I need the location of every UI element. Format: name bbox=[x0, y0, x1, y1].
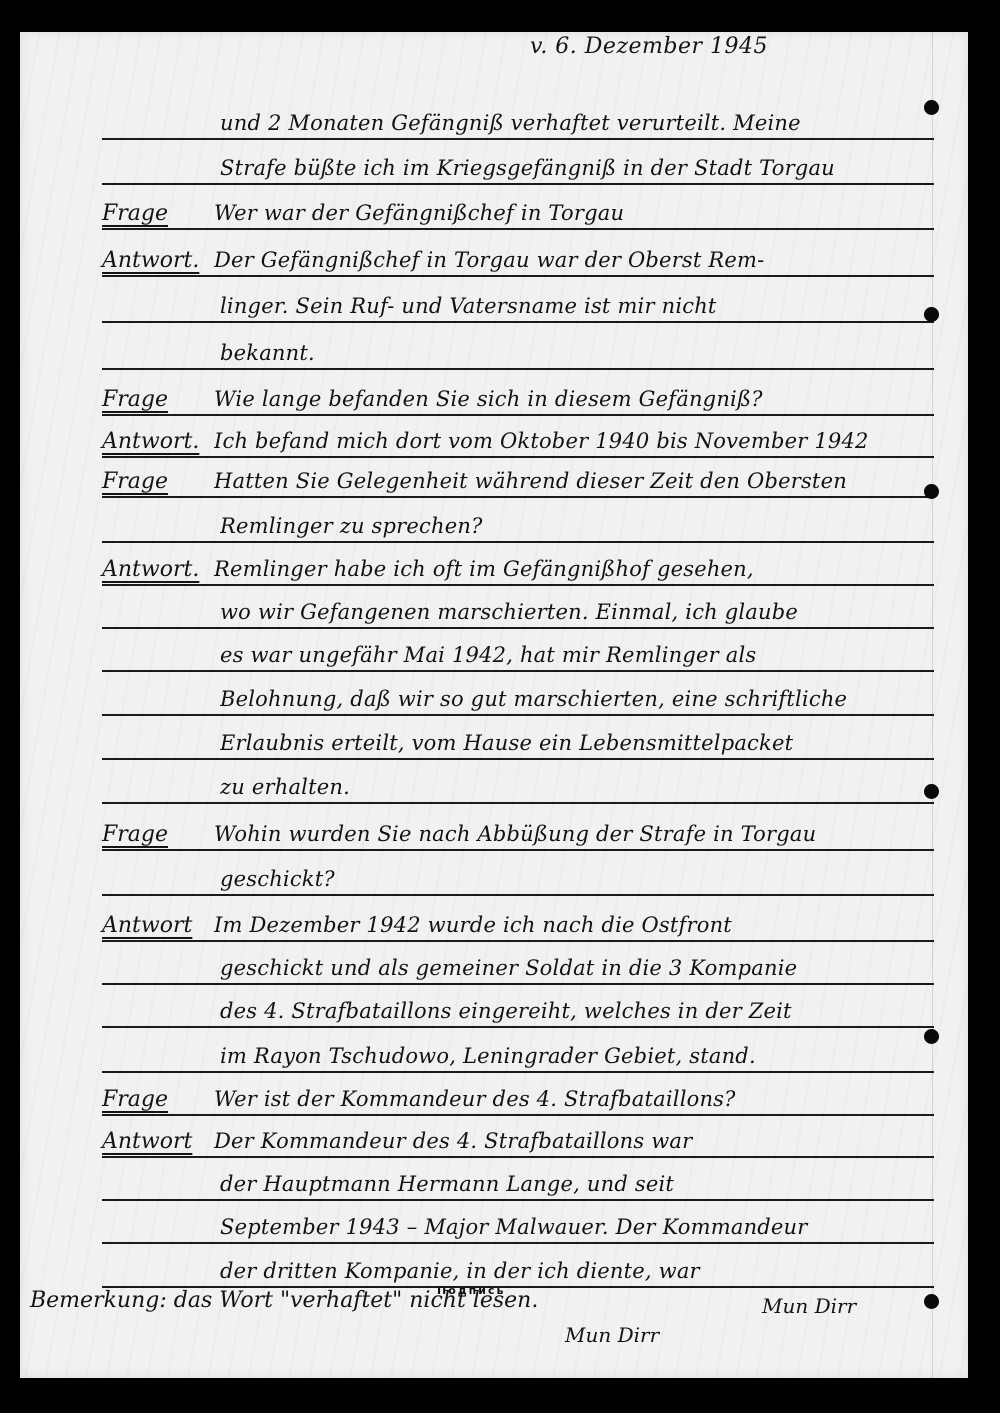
document-line: September 1943 – Major Malwauer. Der Kom… bbox=[102, 1196, 934, 1244]
document-page: v. 6. Dezember 1945 und 2 Monaten Gefäng… bbox=[20, 32, 968, 1378]
line-text: im Rayon Tschudowo, Leningrader Gebiet, … bbox=[220, 1044, 934, 1068]
document-line: wo wir Gefangenen marschierten. Einmal, … bbox=[102, 581, 934, 629]
signature-lower: Mun Dirr bbox=[565, 1323, 659, 1347]
punch-hole bbox=[924, 784, 939, 799]
document-line: des 4. Strafbataillons eingereiht, welch… bbox=[102, 980, 934, 1028]
signature-stamp-label: Подпись bbox=[437, 1284, 505, 1297]
line-text: Wer ist der Kommandeur des 4. Strafbatai… bbox=[214, 1087, 934, 1111]
document-line: und 2 Monaten Gefängniß verhaftet verurt… bbox=[102, 92, 934, 140]
signature-upper: Mun Dirr bbox=[762, 1294, 856, 1318]
line-text: der Hauptmann Hermann Lange, und seit bbox=[220, 1172, 934, 1196]
document-line: Belohnung, daß wir so gut marschierten, … bbox=[102, 668, 934, 716]
document-line: linger. Sein Ruf- und Vatersname ist mir… bbox=[102, 275, 934, 323]
document-line: zu erhalten. bbox=[102, 756, 934, 804]
line-text: es war ungefähr Mai 1942, hat mir Remlin… bbox=[220, 643, 934, 667]
document-line: FrageWie lange befanden Sie sich in dies… bbox=[102, 368, 934, 416]
line-text: und 2 Monaten Gefängniß verhaftet verurt… bbox=[220, 111, 934, 135]
line-text: Hatten Sie Gelegenheit während dieser Ze… bbox=[214, 469, 934, 493]
answer-label: Antwort. bbox=[102, 248, 199, 273]
answer-label: Antwort. bbox=[102, 557, 199, 582]
question-label: Frage bbox=[102, 1087, 168, 1112]
line-text: Der Kommandeur des 4. Strafbataillons wa… bbox=[214, 1129, 934, 1153]
question-label: Frage bbox=[102, 469, 168, 494]
question-label: Frage bbox=[102, 387, 168, 412]
line-text: September 1943 – Major Malwauer. Der Kom… bbox=[220, 1215, 934, 1239]
document-line: FrageWohin wurden Sie nach Abbüßung der … bbox=[102, 803, 934, 851]
document-line: AntwortDer Kommandeur des 4. Strafbatail… bbox=[102, 1110, 934, 1158]
document-line: AntwortIm Dezember 1942 wurde ich nach d… bbox=[102, 894, 934, 942]
line-text: geschickt und als gemeiner Soldat in die… bbox=[220, 956, 934, 980]
document-line: geschickt? bbox=[102, 848, 934, 896]
line-text: zu erhalten. bbox=[220, 775, 934, 799]
date-header: v. 6. Dezember 1945 bbox=[530, 34, 768, 59]
line-text: Wer war der Gefängnißchef in Torgau bbox=[214, 201, 934, 225]
answer-label: Antwort bbox=[102, 913, 192, 938]
line-text: geschickt? bbox=[220, 867, 934, 891]
document-line: bekannt. bbox=[102, 322, 934, 370]
punch-hole bbox=[924, 484, 939, 499]
document-line: Antwort.Remlinger habe ich oft im Gefäng… bbox=[102, 538, 934, 586]
line-text: Wie lange befanden Sie sich in diesem Ge… bbox=[214, 387, 934, 411]
line-text: Remlinger habe ich oft im Gefängnißhof g… bbox=[214, 557, 934, 581]
line-text: der dritten Kompanie, in der ich diente,… bbox=[220, 1259, 934, 1283]
line-text: Strafe büßte ich im Kriegsgefängniß in d… bbox=[220, 156, 934, 180]
line-text: Wohin wurden Sie nach Abbüßung der Straf… bbox=[214, 822, 934, 846]
document-line: Remlinger zu sprechen? bbox=[102, 495, 934, 543]
document-line: FrageWer ist der Kommandeur des 4. Straf… bbox=[102, 1068, 934, 1116]
document-line: FrageHatten Sie Gelegenheit während dies… bbox=[102, 450, 934, 498]
line-text: linger. Sein Ruf- und Vatersname ist mir… bbox=[220, 294, 934, 318]
document-line: es war ungefähr Mai 1942, hat mir Remlin… bbox=[102, 624, 934, 672]
line-text: des 4. Strafbataillons eingereiht, welch… bbox=[220, 999, 934, 1023]
document-line: im Rayon Tschudowo, Leningrader Gebiet, … bbox=[102, 1025, 934, 1073]
answer-label: Antwort bbox=[102, 1129, 192, 1154]
line-text: Im Dezember 1942 wurde ich nach die Ostf… bbox=[214, 913, 934, 937]
punch-hole bbox=[924, 307, 939, 322]
document-line: der dritten Kompanie, in der ich diente,… bbox=[102, 1240, 934, 1288]
document-line: der Hauptmann Hermann Lange, und seit bbox=[102, 1153, 934, 1201]
line-text: bekannt. bbox=[220, 341, 934, 365]
line-text: Remlinger zu sprechen? bbox=[220, 514, 934, 538]
document-line: Erlaubnis erteilt, vom Hause ein Lebensm… bbox=[102, 712, 934, 760]
document-line: geschickt und als gemeiner Soldat in die… bbox=[102, 937, 934, 985]
punch-hole bbox=[924, 1029, 939, 1044]
question-label: Frage bbox=[102, 822, 168, 847]
document-line: Strafe büßte ich im Kriegsgefängniß in d… bbox=[102, 137, 934, 185]
line-text: Erlaubnis erteilt, vom Hause ein Lebensm… bbox=[220, 731, 934, 755]
line-text: wo wir Gefangenen marschierten. Einmal, … bbox=[220, 600, 934, 624]
line-text: Der Gefängnißchef in Torgau war der Ober… bbox=[214, 248, 934, 272]
punch-hole bbox=[924, 100, 939, 115]
question-label: Frage bbox=[102, 201, 168, 226]
punch-hole bbox=[924, 1294, 939, 1309]
document-line: Antwort.Der Gefängnißchef in Torgau war … bbox=[102, 229, 934, 277]
line-text: Belohnung, daß wir so gut marschierten, … bbox=[220, 687, 934, 711]
document-line: FrageWer war der Gefängnißchef in Torgau bbox=[102, 182, 934, 230]
